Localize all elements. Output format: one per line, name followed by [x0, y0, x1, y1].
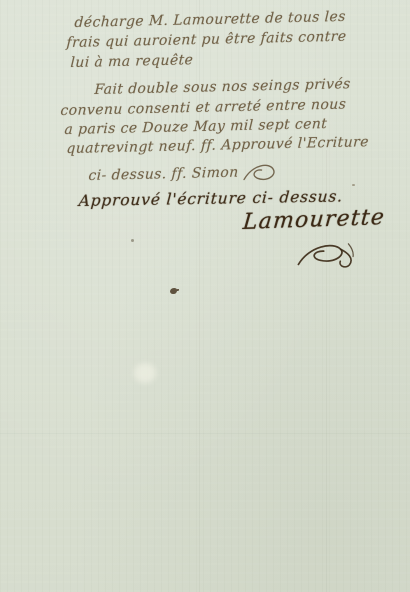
handwriting-line: lui à ma requête	[70, 50, 194, 73]
handwriting-line: ci- dessus. ff. Simon	[88, 158, 279, 186]
paper-crease	[0, 433, 410, 434]
manuscript-page: décharge M. Lamourette de tous les frais…	[0, 0, 410, 592]
signature-lamourette: Lamourette	[242, 208, 386, 233]
simon-attestation-text: ci- dessus. ff. Simon	[88, 163, 239, 186]
paper-light-patch	[134, 363, 156, 383]
ink-speck	[131, 239, 134, 242]
lamourette-paraph-icon	[293, 239, 358, 272]
ink-spot	[170, 288, 177, 294]
simon-paraph-icon	[242, 161, 279, 186]
ink-speck	[352, 184, 355, 186]
